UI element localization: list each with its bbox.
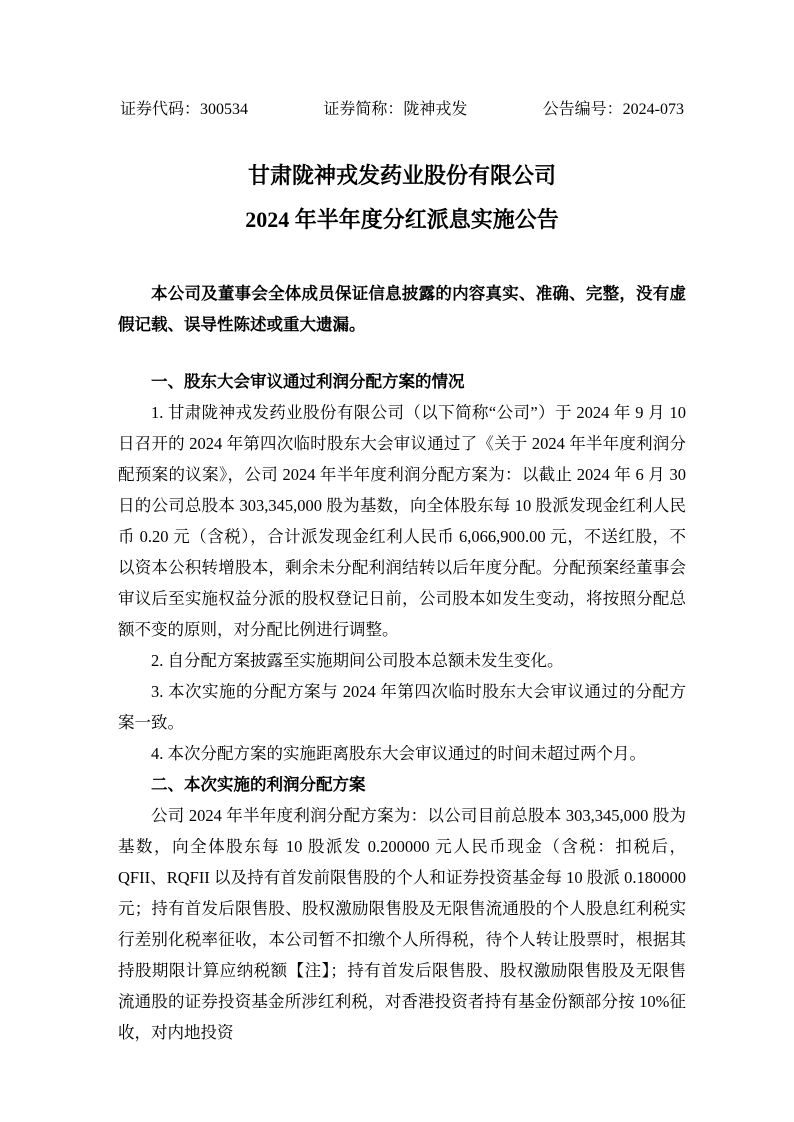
section-1-paragraph-2: 2. 自分配方案披露至实施期间公司股本总额未发生变化。 (118, 645, 686, 676)
document-title-company: 甘肃陇神戎发药业股份有限公司 (118, 160, 686, 192)
stock-short-name-label: 证券简称：陇神戎发 (323, 100, 467, 120)
disclaimer-paragraph: 本公司及董事会全体成员保证信息披露的内容真实、准确、完整，没有虚假记载、误导性陈… (118, 278, 686, 340)
stock-code-label: 证券代码：300534 (120, 100, 248, 120)
section-2-heading: 二、本次实施的利润分配方案 (118, 769, 686, 800)
section-1-paragraph-1: 1. 甘肃陇神戎发药业股份有限公司（以下简称“公司”）于 2024 年 9 月 … (118, 397, 686, 645)
section-1-heading: 一、股东大会审议通过利润分配方案的情况 (118, 366, 686, 397)
announcement-number-label: 公告编号：2024-073 (543, 100, 684, 120)
section-1-paragraph-3: 3. 本次实施的分配方案与 2024 年第四次临时股东大会审议通过的分配方案一致… (118, 676, 686, 738)
document-page: 证券代码：300534 证券简称：陇神戎发 公告编号：2024-073 甘肃陇神… (0, 0, 794, 1122)
section-1-paragraph-4: 4. 本次分配方案的实施距离股东大会审议通过的时间未超过两个月。 (118, 738, 686, 769)
document-header: 证券代码：300534 证券简称：陇神戎发 公告编号：2024-073 (120, 100, 684, 120)
section-2-paragraph-1: 公司 2024 年半年度利润分配方案为：以公司目前总股本 303,345,000… (118, 800, 686, 1048)
document-title-subject: 2024 年半年度分红派息实施公告 (118, 204, 686, 236)
